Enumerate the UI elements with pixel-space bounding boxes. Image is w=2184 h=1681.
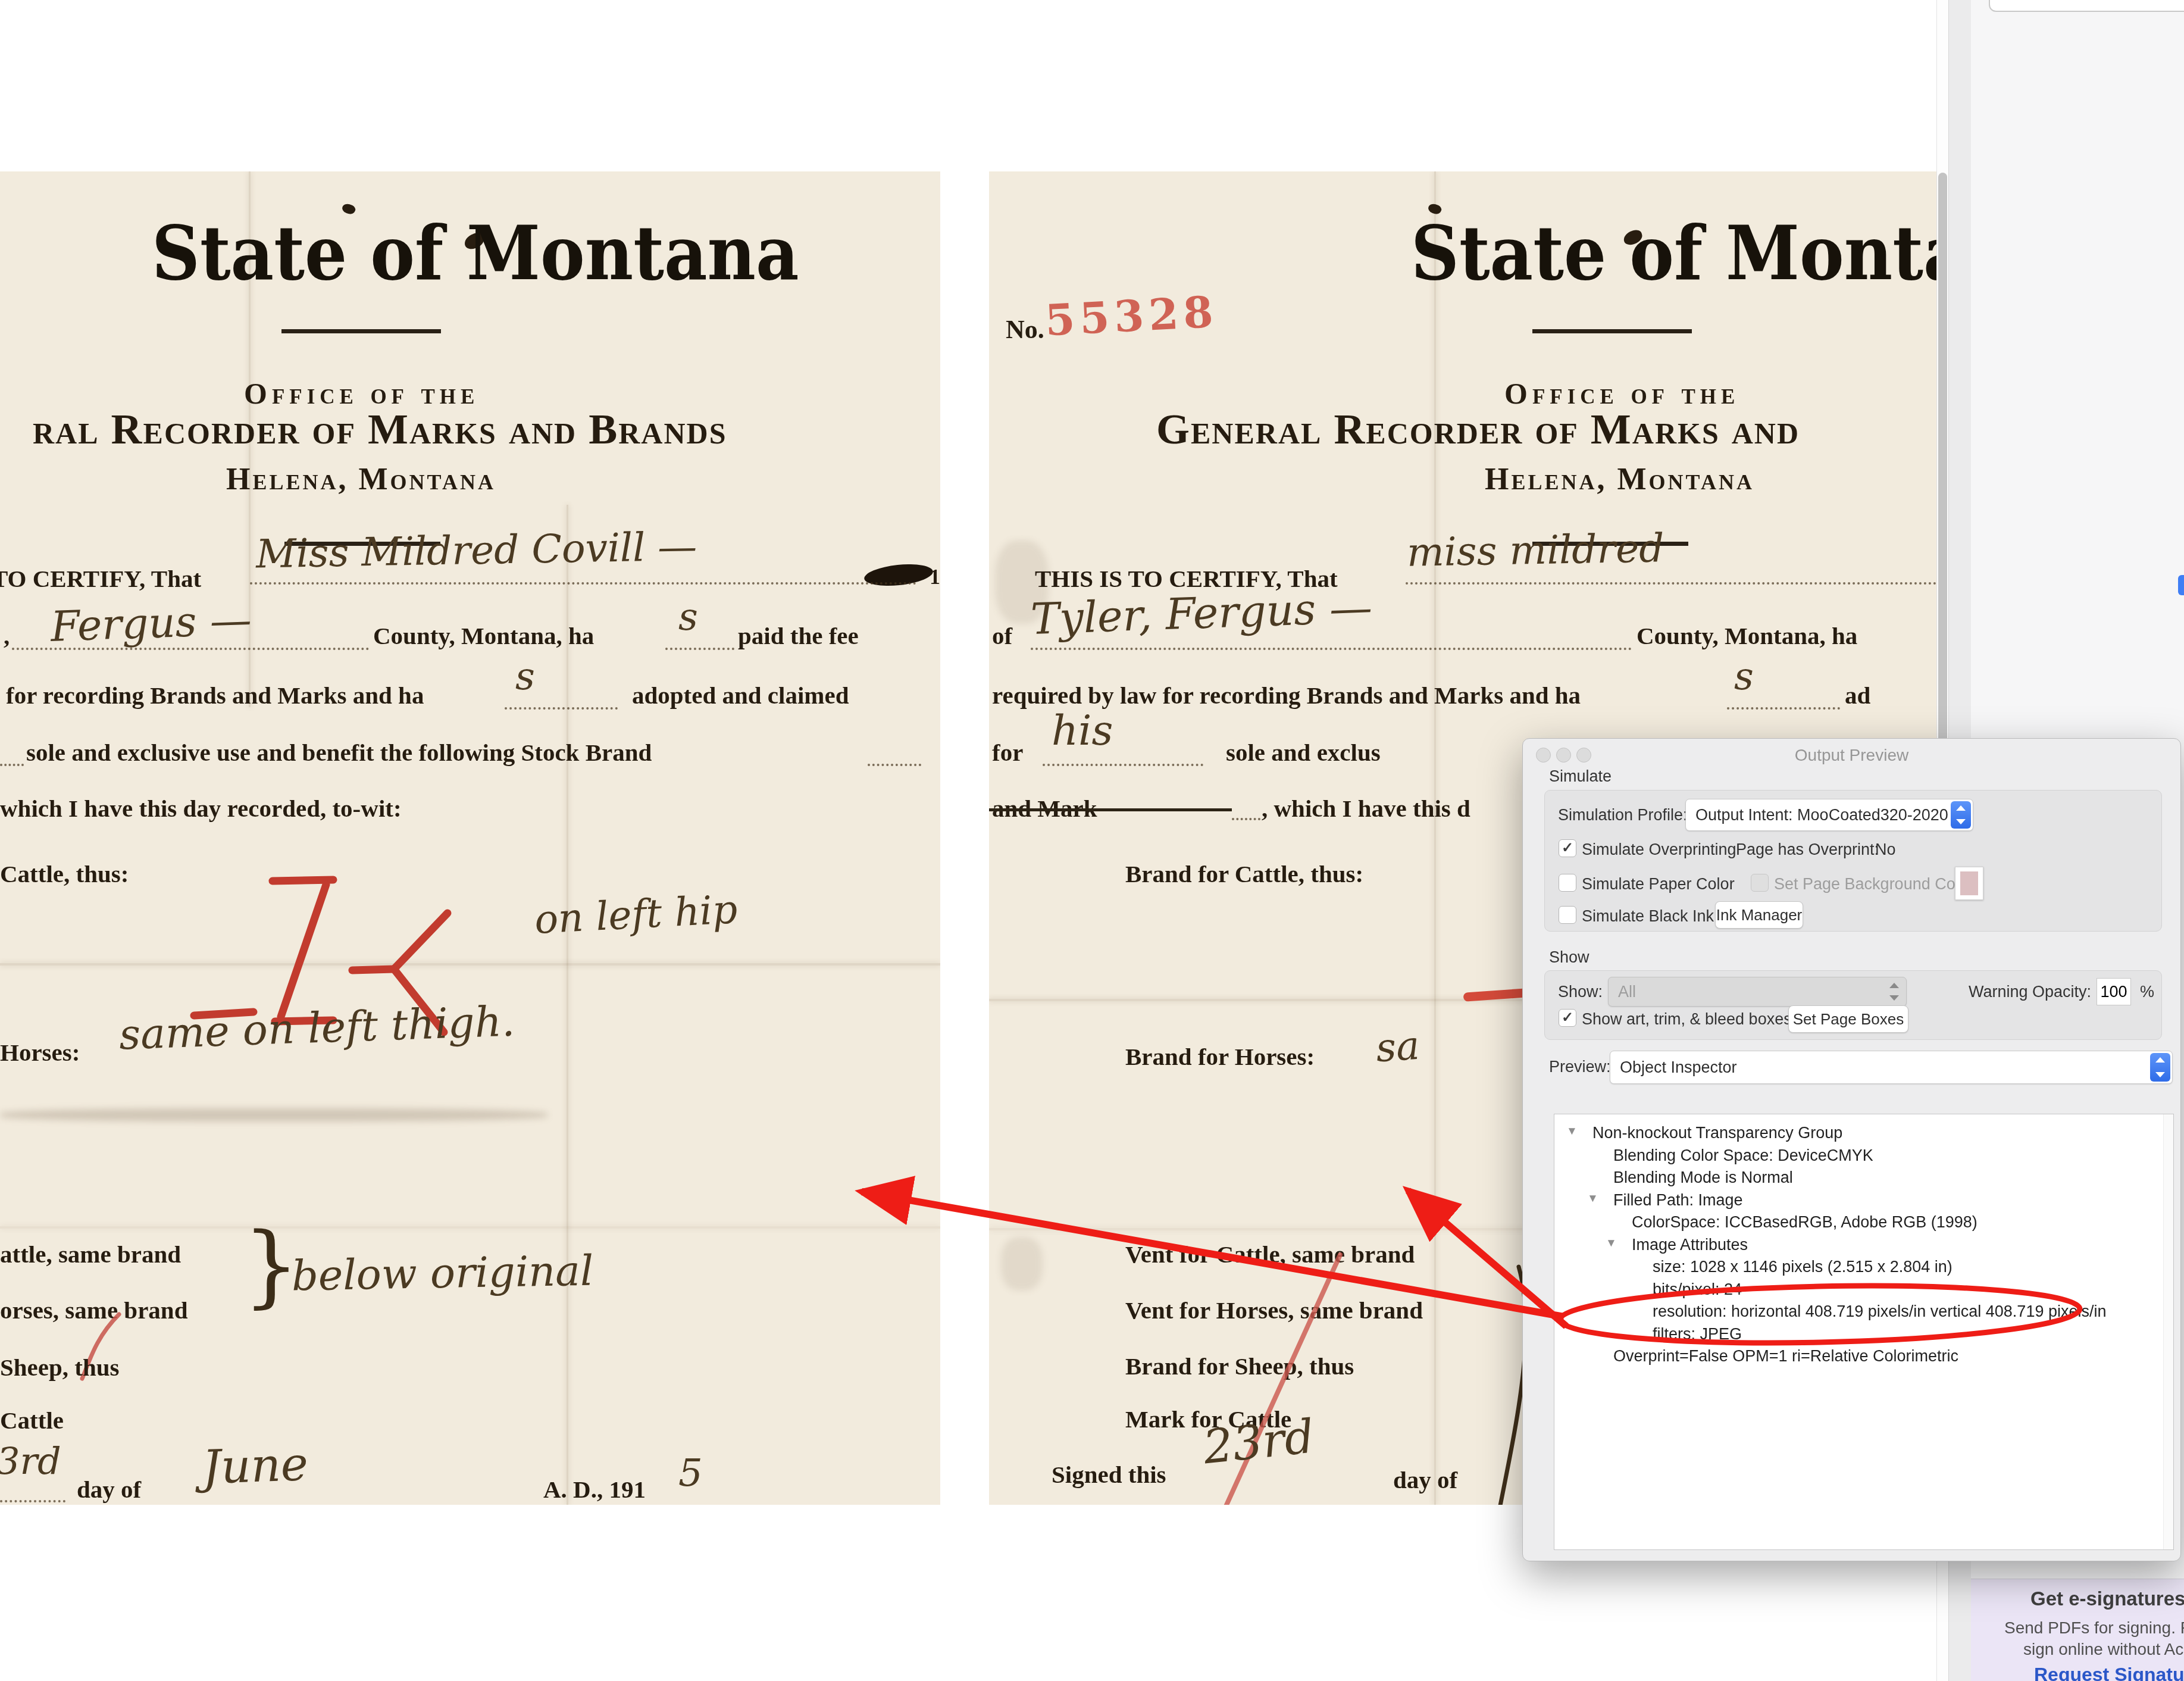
ha-s-script: s — [1734, 655, 1754, 699]
sheep-label: Sheep, thus — [0, 1353, 120, 1382]
object-inspector-tree[interactable]: ▼Non-knockout Transparency GroupBlending… — [1554, 1114, 2174, 1550]
show-dropdown[interactable]: All — [1608, 977, 1907, 1007]
dropdown-stepper-icon — [1951, 801, 1971, 829]
day-of-printed: day of — [1393, 1466, 1457, 1494]
certify-name-script: Miss Mildred Covill — — [255, 524, 697, 577]
tree-row[interactable]: Blending Mode is Normal — [1613, 1168, 1793, 1188]
warning-opacity-unit: % — [2140, 983, 2154, 1001]
page-background-color-swatch[interactable] — [1955, 867, 1983, 900]
tools-search-input[interactable] — [1989, 0, 2184, 12]
ha-s-script: s — [678, 595, 698, 639]
required-printed: required by law for recording Brands and… — [992, 681, 1581, 710]
certificate-number-stamp: 55328 — [1044, 286, 1219, 345]
page-has-overprint-value: No — [1875, 840, 1896, 859]
county-comma: , — [4, 621, 10, 650]
day-number-script: 3rd — [0, 1439, 61, 1483]
tree-row[interactable]: filters: JPEG — [1653, 1325, 1742, 1344]
horses-label: Horses: — [0, 1038, 80, 1067]
show-boxes-label: Show art, trim, & bleed boxes — [1582, 1010, 1792, 1029]
show-boxes-checkbox[interactable]: ✓ — [1559, 1009, 1576, 1027]
dropdown-stepper-icon — [1882, 977, 1906, 1006]
mark-cattle-label: Cattle — [0, 1406, 64, 1435]
set-page-background-checkbox[interactable] — [1751, 874, 1769, 892]
dotted-rule — [1406, 582, 1936, 585]
strike-line — [989, 808, 1232, 811]
sole-printed: sole and exclusive use and benefit the f… — [26, 738, 652, 767]
fold-crease — [1434, 171, 1436, 1505]
brand-cattle-label: Brand for Cattle, thus: — [1125, 860, 1363, 888]
certify-printed: TO CERTIFY, That — [0, 564, 201, 593]
dotted-rule — [0, 764, 24, 766]
seal-note: 1 — [930, 564, 940, 589]
dotted-rule — [1031, 648, 1632, 650]
warning-opacity-label: Warning Opacity: — [1969, 983, 2091, 1001]
signed-day-script: 23rd — [1201, 1410, 1317, 1475]
simulate-black-ink-label: Simulate Black Ink — [1582, 907, 1714, 926]
tree-row[interactable]: Image Attributes — [1632, 1236, 1748, 1255]
simulation-profile-dropdown[interactable]: Output Intent: MooCoated320-2020 — [1685, 799, 1973, 831]
swatch-color — [1960, 871, 1978, 895]
fold-crease — [0, 1226, 940, 1229]
adopted-printed: ad — [1845, 681, 1870, 710]
ink-smudge — [0, 1108, 547, 1121]
tree-row[interactable]: Filled Path: Image — [1613, 1191, 1743, 1210]
simulate-paper-color-label: Simulate Paper Color — [1582, 875, 1735, 893]
cattle-location-script: on left hip — [533, 886, 739, 943]
esign-line1: Send PDFs for signing. Recip — [2004, 1618, 2184, 1638]
show-section-label: Show — [1549, 948, 1589, 967]
simulation-profile-value: Output Intent: MooCoated320-2020 — [1695, 806, 1948, 824]
day-of-printed: day of — [77, 1475, 141, 1504]
county-printed: County, Montana, ha — [373, 621, 594, 650]
panel-scroll-indicator[interactable] — [2178, 575, 2184, 595]
doc-title: State of Montana — [1411, 210, 1936, 297]
of-printed: of — [992, 621, 1012, 650]
dotted-rule — [1043, 764, 1203, 766]
set-page-boxes-button[interactable]: Set Page Boxes — [1788, 1005, 1908, 1033]
simulate-paper-color-checkbox[interactable] — [1559, 874, 1576, 892]
dialog-title: Output Preview — [1523, 746, 2180, 765]
simulate-group: Simulation Profile: Output Intent: MooCo… — [1544, 790, 2162, 932]
vent-horses-label: orses, same brand — [0, 1296, 187, 1324]
year-script: 5 — [678, 1451, 703, 1495]
signed-this-printed: Signed this — [1052, 1460, 1166, 1489]
vent-cattle-label: Vent for Cattle, same brand — [1125, 1240, 1415, 1268]
doc-recorder-line: General Recorder of Marks and — [1156, 405, 1800, 454]
request-signatures-link[interactable]: Request Signatures — [2034, 1664, 2184, 1681]
tree-row[interactable]: bits/pixel: 24 — [1653, 1280, 1742, 1299]
brand-horses-label: Brand for Horses: — [1125, 1042, 1315, 1071]
tree-expander-icon[interactable]: ▼ — [1566, 1125, 1578, 1138]
tree-row[interactable]: resolution: horizontal 408.719 pixels/in… — [1653, 1302, 2106, 1321]
dotted-rule — [505, 707, 618, 710]
dropdown-stepper-icon — [2150, 1053, 2170, 1082]
doc-city-line: Helena, Montana — [1485, 462, 1754, 497]
month-script: June — [201, 1438, 309, 1495]
tree-scrollbar-track[interactable] — [2163, 1114, 2173, 1549]
simulate-section-label: Simulate — [1549, 767, 1612, 786]
tree-expander-icon[interactable]: ▼ — [1587, 1192, 1598, 1205]
ad-printed: A. D., 191 — [543, 1475, 646, 1504]
document-page-left: State of Montana 1 Office of the ral Rec… — [0, 171, 940, 1505]
brand-horses-script: sa — [1374, 1023, 1420, 1071]
page-has-overprint-label: Page has Overprint: — [1736, 840, 1879, 859]
sole-printed: sole and exclus — [1226, 738, 1381, 767]
fold-crease — [0, 963, 940, 966]
divider-rule — [1532, 329, 1692, 333]
tree-expander-icon[interactable]: ▼ — [1606, 1237, 1617, 1250]
dotted-rule — [1727, 707, 1840, 710]
dotted-rule — [0, 1500, 65, 1502]
county-printed: County, Montana, ha — [1637, 621, 1857, 650]
warning-opacity-input[interactable] — [2097, 978, 2131, 1005]
simulate-overprinting-label: Simulate Overprinting — [1582, 840, 1736, 859]
doc-title: State of Montana — [152, 210, 799, 297]
tree-row[interactable]: size: 1028 x 1146 pixels (2.515 x 2.804 … — [1653, 1258, 1953, 1277]
fee-printed: paid the fee — [738, 621, 859, 650]
show-group: Show: All Warning Opacity: % ✓ Show art,… — [1544, 970, 2162, 1040]
recording-printed: for recording Brands and Marks and ha — [6, 681, 424, 710]
simulate-black-ink-checkbox[interactable] — [1559, 906, 1576, 924]
ha-s-script2: s — [515, 655, 535, 699]
output-preview-dialog: Output Preview Simulate Simulation Profi… — [1522, 738, 2181, 1561]
acrobat-window: State of Montana 1 Office of the ral Rec… — [0, 0, 2184, 1681]
for-printed: for — [992, 738, 1023, 767]
vent-script: below original — [291, 1246, 594, 1301]
stain — [1001, 1237, 1043, 1291]
preview-dropdown[interactable]: Object Inspector — [1610, 1051, 2173, 1084]
horses-script: same on left thigh. — [118, 996, 516, 1059]
show-value: All — [1618, 983, 1636, 1001]
esign-line2: sign online without Acroba — [2023, 1640, 2184, 1659]
dotted-rule — [12, 648, 369, 650]
preview-label: Preview: — [1549, 1058, 1611, 1076]
adopted-printed: adopted and claimed — [632, 681, 849, 710]
show-label: Show: — [1558, 983, 1603, 1001]
doc-city-line: Helena, Montana — [226, 462, 496, 497]
tree-row[interactable]: ColorSpace: ICCBasedRGB, Adobe RGB (1998… — [1632, 1213, 1978, 1232]
set-page-background-label: Set Page Background Color — [1774, 875, 1973, 893]
tree-row[interactable]: Non-knockout Transparency Group — [1592, 1124, 1842, 1143]
tree-row[interactable]: Overprint=False OPM=1 ri=Relative Colori… — [1613, 1347, 1958, 1366]
document-scrollbar-thumb[interactable] — [1938, 173, 1947, 771]
dotted-rule — [665, 648, 734, 650]
cattle-label: Cattle, thus: — [0, 860, 129, 888]
esignatures-promo-panel: Get e-signatures fas Send PDFs for signi… — [1971, 1579, 2184, 1681]
his-script: his — [1052, 706, 1113, 755]
dotted-rule — [868, 764, 921, 766]
which-printed: , which I have this d — [1262, 794, 1470, 823]
vent-cattle-label: attle, same brand — [0, 1240, 181, 1268]
fold-crease — [567, 505, 568, 1505]
ink-blob — [863, 561, 934, 589]
certify-name-script: miss mildred — [1406, 525, 1664, 576]
preview-value: Object Inspector — [1620, 1058, 1737, 1077]
simulation-profile-label: Simulation Profile: — [1558, 806, 1688, 824]
divider-rule — [281, 329, 441, 333]
tree-row[interactable]: Blending Color Space: DeviceCMYK — [1613, 1146, 1873, 1166]
simulate-overprinting-checkbox[interactable]: ✓ — [1559, 839, 1576, 857]
dotted-rule — [1232, 818, 1260, 820]
no-label: No. — [1006, 314, 1044, 345]
esign-title: Get e-signatures fas — [2030, 1588, 2184, 1610]
recorded-printed: which I have this day recorded, to-wit: — [0, 794, 402, 823]
ink-manager-button[interactable]: Ink Manager — [1715, 901, 1803, 929]
dotted-rule — [250, 582, 916, 585]
county-script: Fergus — — [50, 595, 252, 651]
brand-sheep-label: Brand for Sheep, thus — [1125, 1352, 1354, 1380]
doc-recorder-line: ral Recorder of Marks and Brands — [33, 405, 727, 454]
vent-horses-label: Vent for Horses, same brand — [1125, 1296, 1423, 1324]
